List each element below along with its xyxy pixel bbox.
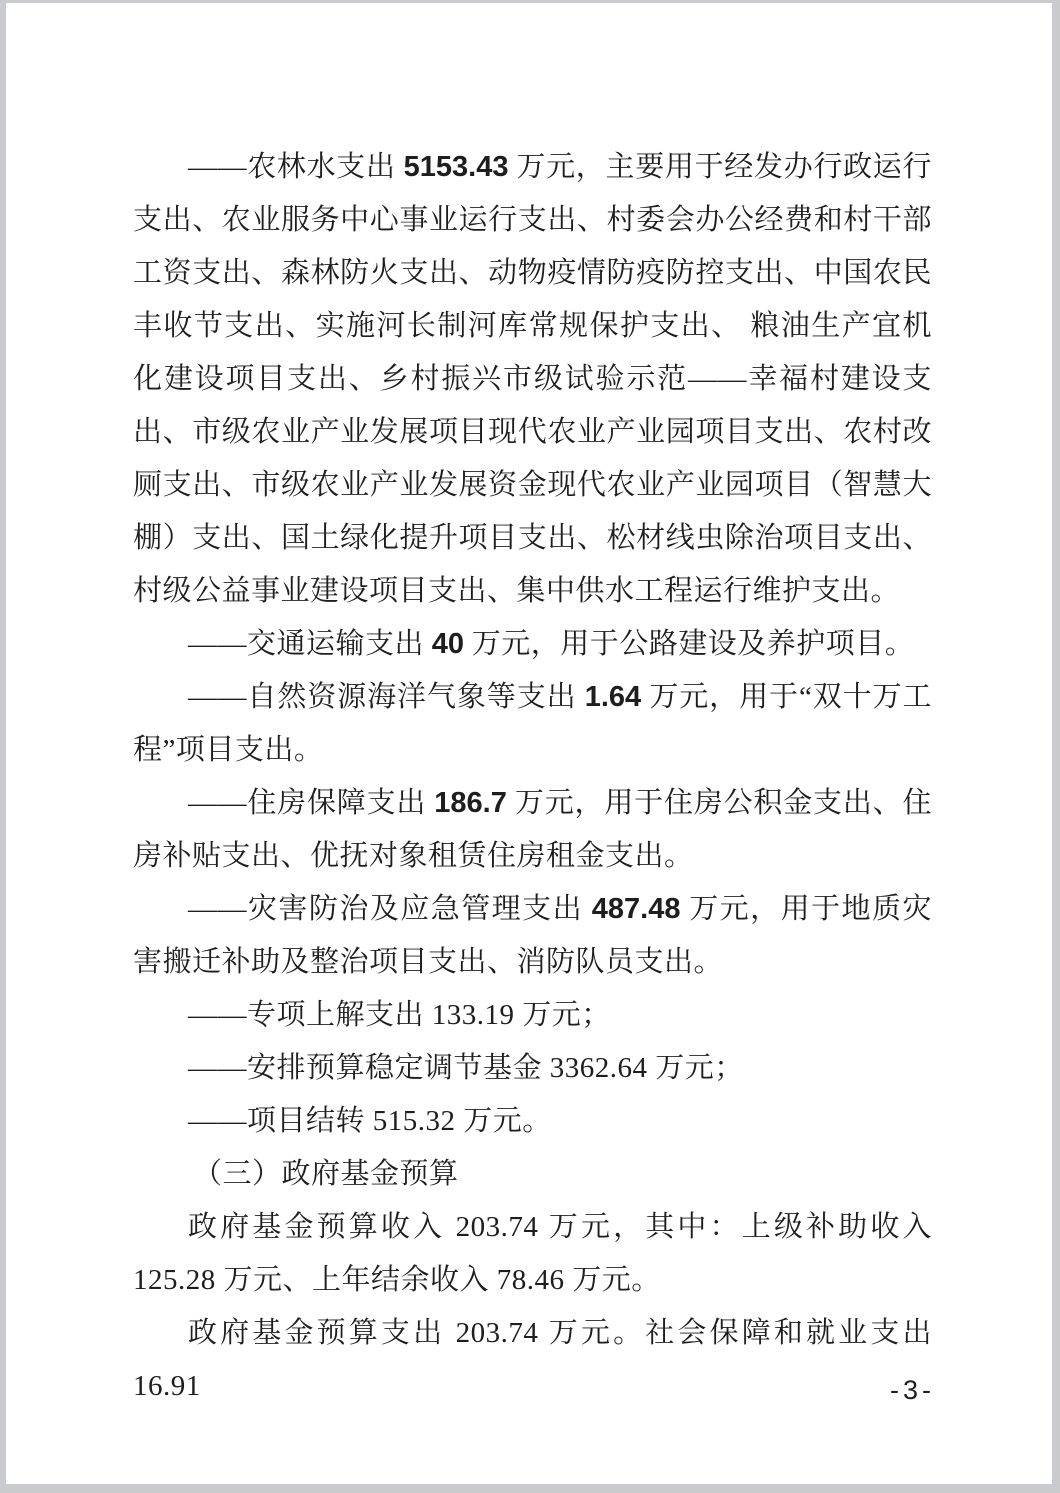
text-run: 万元。 bbox=[565, 1264, 661, 1296]
paragraph-agriculture-forestry-water: ——农林水支出 5153.43 万元，主要用于经发办行政运行支出、农业服务中心事… bbox=[133, 141, 932, 618]
text-run: 万元； bbox=[515, 999, 611, 1031]
text-run: ——安排预算稳定调节基金 bbox=[188, 1052, 550, 1084]
text-run: 万元，用于公路建设及养护项目。 bbox=[464, 628, 914, 660]
paragraph-stabilization-fund: ——安排预算稳定调节基金 3362.64 万元； bbox=[133, 1042, 932, 1095]
amount-value: 16.91 bbox=[133, 1370, 201, 1402]
page-number: -3- bbox=[890, 1375, 935, 1406]
document-page: ——农林水支出 5153.43 万元，主要用于经发办行政运行支出、农业服务中心事… bbox=[6, 3, 1052, 1484]
text-run: 万元。社会保障和就业支出 bbox=[538, 1317, 932, 1349]
paragraph-housing-security: ——住房保障支出 186.7 万元，用于住房公积金支出、住房补贴支出、优抚对象租… bbox=[133, 777, 932, 883]
section-heading-government-fund-budget: （三）政府基金预算 bbox=[133, 1148, 932, 1201]
text-run: ——农林水支出 bbox=[188, 151, 404, 183]
amount-value: 5153.43 bbox=[404, 151, 509, 183]
text-run: ——灾害防治及应急管理支出 bbox=[188, 893, 592, 925]
paragraph-natural-resources: ——自然资源海洋气象等支出 1.64 万元，用于“双十万工程”项目支出。 bbox=[133, 671, 932, 777]
text-run: 万元，主要用于经发办行政运行支出、农业服务中心事业运行支出、村委会办公经费和村干… bbox=[133, 151, 932, 607]
text-run: ——自然资源海洋气象等支出 bbox=[188, 681, 585, 713]
text-run: ——交通运输支出 bbox=[188, 628, 432, 660]
text-run: 万元； bbox=[648, 1052, 744, 1084]
paragraph-fund-budget-revenue: 政府基金预算收入 203.74 万元，其中：上级补助收入 125.28 万元、上… bbox=[133, 1201, 932, 1307]
amount-value: 515.32 bbox=[373, 1105, 456, 1137]
amount-value: 203.74 bbox=[456, 1317, 539, 1349]
amount-value: 125.28 bbox=[133, 1264, 216, 1296]
text-run: （三）政府基金预算 bbox=[193, 1158, 459, 1190]
text-run: ——专项上解支出 bbox=[188, 999, 432, 1031]
amount-value: 487.48 bbox=[592, 893, 681, 925]
text-run: ——住房保障支出 bbox=[188, 787, 434, 819]
text-run: 万元、上年结余收入 bbox=[216, 1264, 497, 1296]
paragraph-disaster-prevention: ——灾害防治及应急管理支出 487.48 万元，用于地质灾害搬迁补助及整治项目支… bbox=[133, 883, 932, 989]
amount-value: 186.7 bbox=[434, 787, 507, 819]
text-run: 政府基金预算收入 bbox=[188, 1211, 456, 1243]
amount-value: 133.19 bbox=[432, 999, 515, 1031]
amount-value: 3362.64 bbox=[550, 1052, 648, 1084]
amount-value: 1.64 bbox=[585, 681, 641, 713]
paragraph-transportation: ——交通运输支出 40 万元，用于公路建设及养护项目。 bbox=[133, 618, 932, 671]
text-run: ——项目结转 bbox=[188, 1105, 373, 1137]
paragraph-special-remittance: ——专项上解支出 133.19 万元； bbox=[133, 989, 932, 1042]
document-body: ——农林水支出 5153.43 万元，主要用于经发办行政运行支出、农业服务中心事… bbox=[6, 3, 1052, 1413]
text-run: 万元。 bbox=[456, 1105, 552, 1137]
paragraph-fund-budget-expenditure: 政府基金预算支出 203.74 万元。社会保障和就业支出 16.91 bbox=[133, 1307, 932, 1413]
paragraph-project-carryover: ——项目结转 515.32 万元。 bbox=[133, 1095, 932, 1148]
text-run: 政府基金预算支出 bbox=[188, 1317, 456, 1349]
amount-value: 78.46 bbox=[497, 1264, 565, 1296]
text-run: 万元，其中：上级补助收入 bbox=[538, 1211, 932, 1243]
amount-value: 203.74 bbox=[456, 1211, 539, 1243]
amount-value: 40 bbox=[432, 628, 464, 660]
